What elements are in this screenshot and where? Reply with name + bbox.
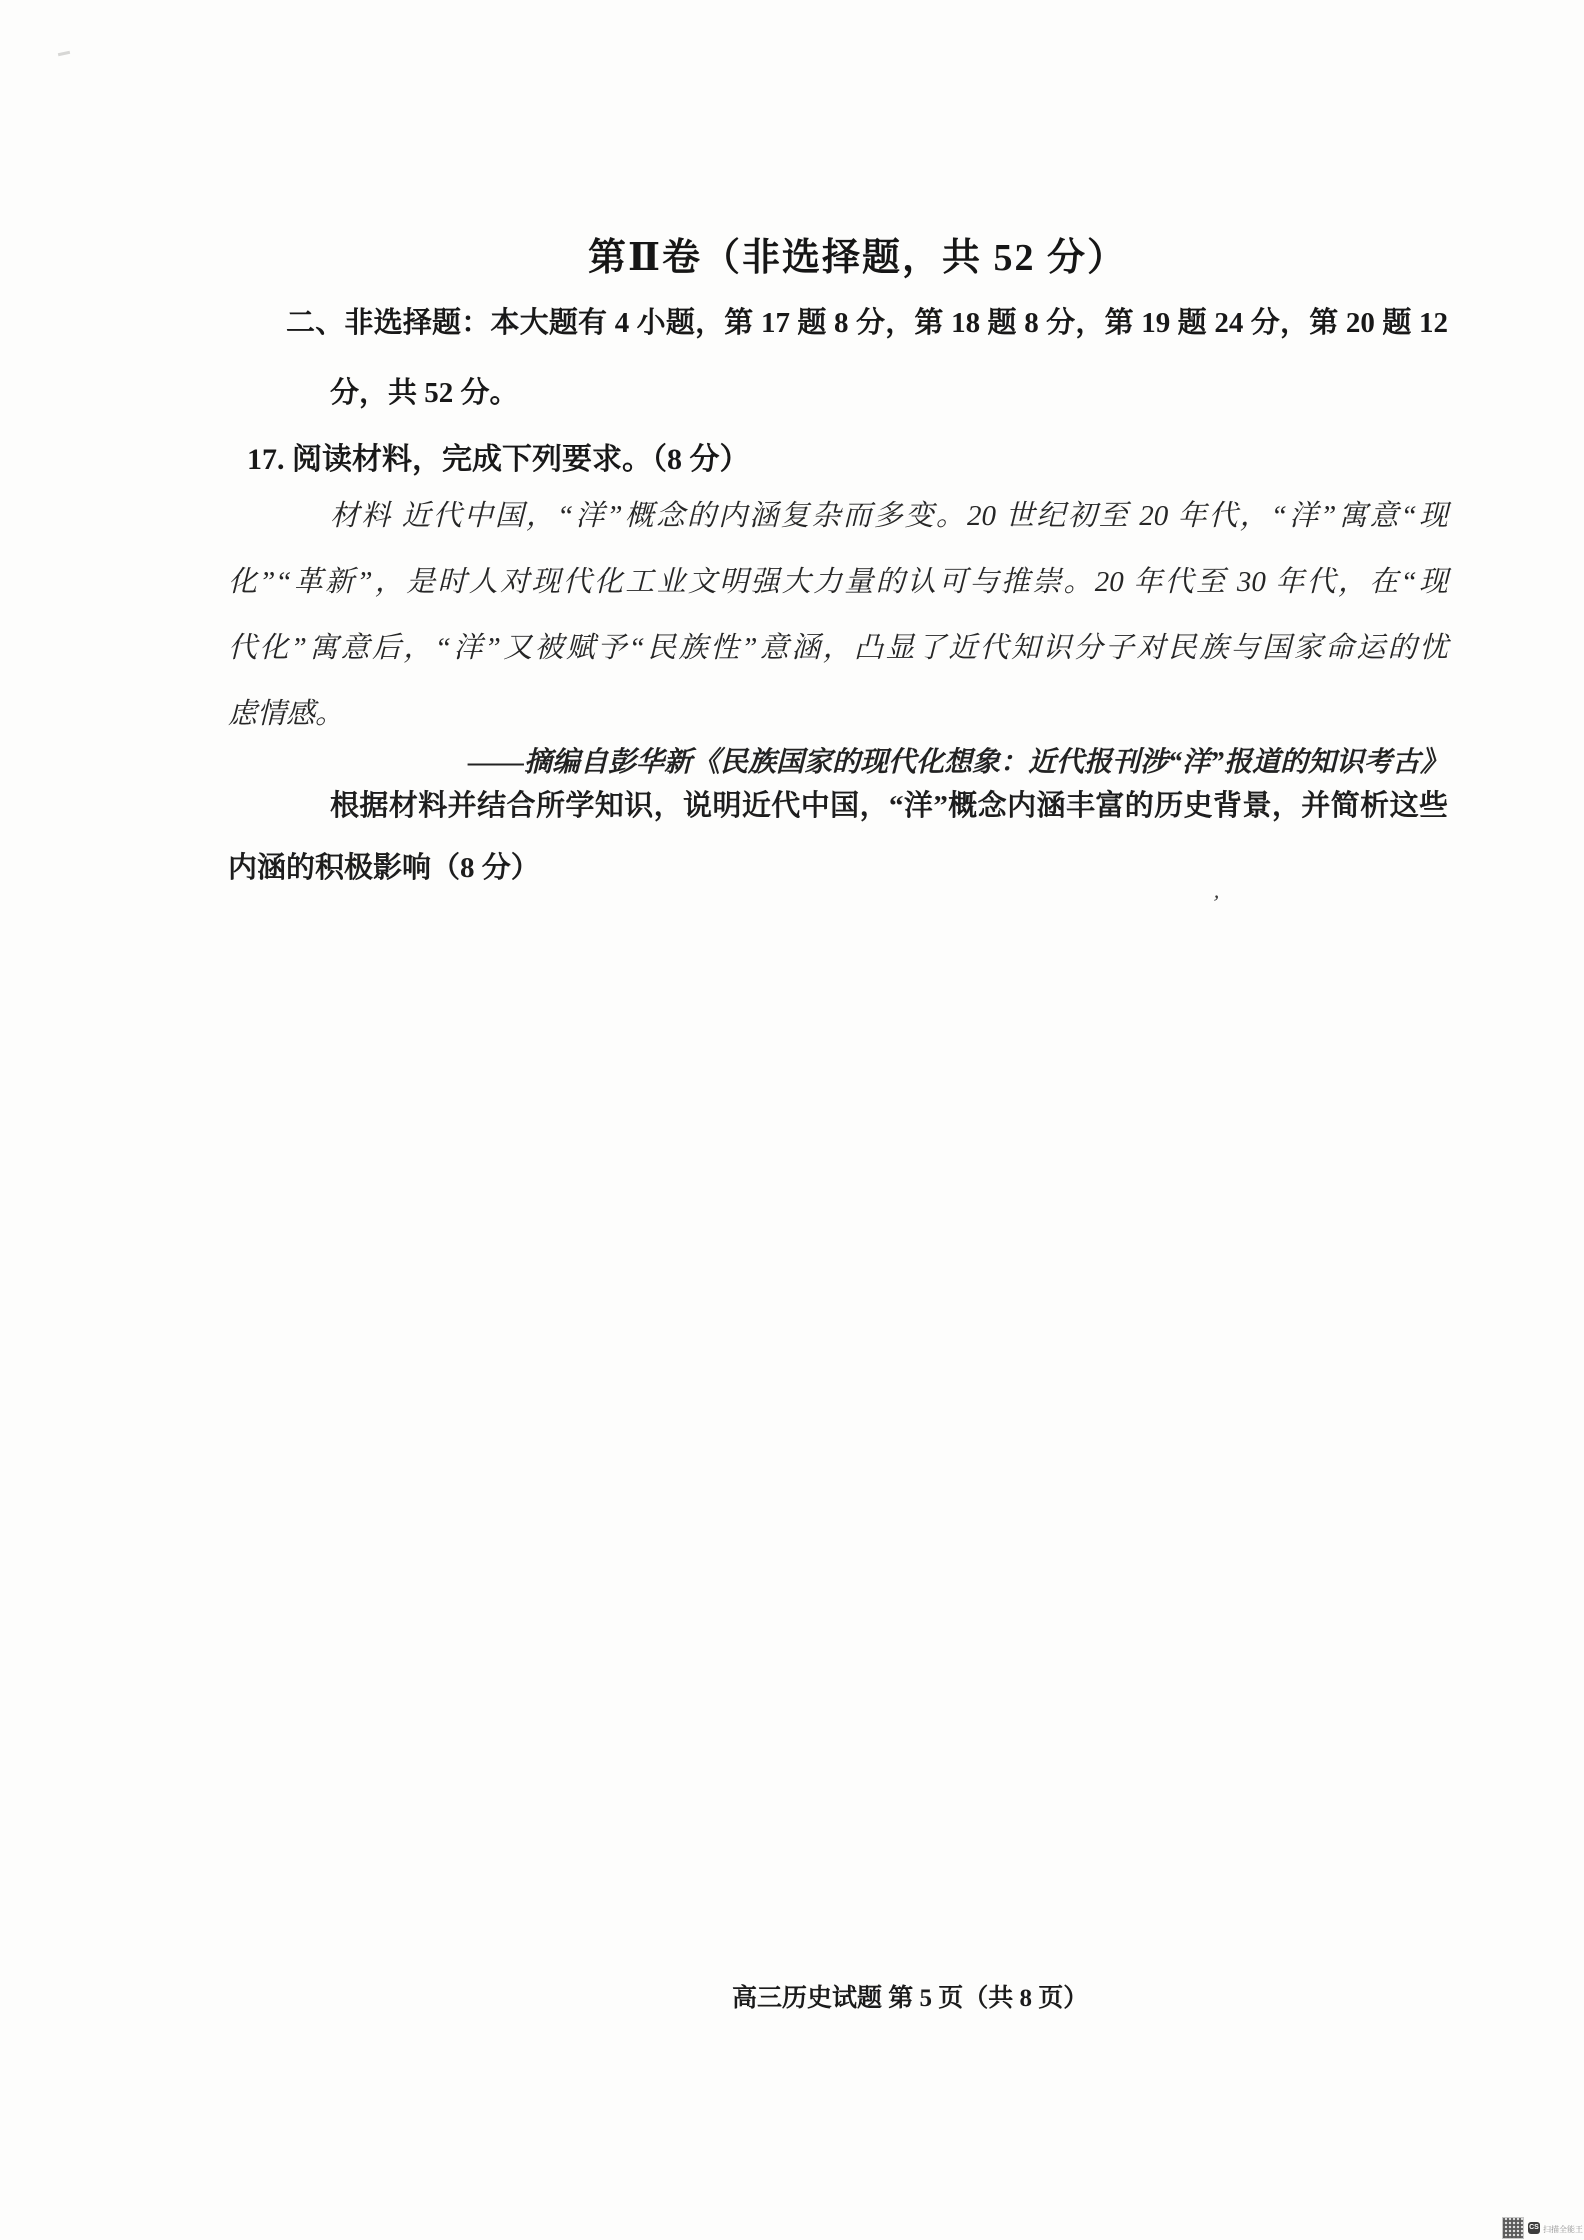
page-title: 第Ⅱ卷（非选择题，共 52 分） xyxy=(588,226,1127,281)
camscanner-watermark-label: 扫描全能王 xyxy=(1543,2224,1583,2235)
scan-tick-artifact: ’ xyxy=(1210,890,1221,917)
question-17-task-line-1: 根据材料并结合所学知识，说明近代中国，“洋”概念内涵丰富的历史背景，并简析这些 xyxy=(330,788,1448,824)
qr-code-icon xyxy=(1503,2218,1523,2238)
section-heading-line-1: 二、非选择题：本大题有 4 小题，第 17 题 8 分，第 18 题 8 分，第… xyxy=(286,306,1448,341)
section-heading-line-2: 分，共 52 分。 xyxy=(330,376,519,411)
question-17-task-line-2: 内涵的积极影响（8 分） xyxy=(228,850,540,886)
material-line-1: 材料 近代中国，“洋”概念的内涵复杂而多变。20 世纪初至 20 年代，“洋”寓… xyxy=(330,498,1448,534)
page-footer: 高三历史试题 第 5 页（共 8 页） xyxy=(732,1978,1088,2014)
exam-page: 第Ⅱ卷（非选择题，共 52 分） 二、非选择题：本大题有 4 小题，第 17 题… xyxy=(0,0,1584,2240)
question-17-lead: 17. 阅读材料，完成下列要求。（8 分） xyxy=(247,434,750,478)
scan-dot-artifact xyxy=(1190,316,1194,320)
material-attribution: ——摘编自彭华新《民族国家的现代化想象：近代报刊涉“洋”报道的知识考古》 xyxy=(468,740,1448,780)
material-line-2: 化”“革新”，是时人对现代化工业文明强大力量的认可与推崇。20 年代至 30 年… xyxy=(228,564,1448,600)
material-line-3: 代化”寓意后，“洋”又被赋予“民族性”意涵，凸显了近代知识分子对民族与国家命运的… xyxy=(228,630,1448,666)
material-line-4: 虑情感。 xyxy=(228,696,344,732)
scan-smudge-artifact xyxy=(58,51,70,56)
camscanner-badge-icon: CS xyxy=(1528,2222,1540,2234)
